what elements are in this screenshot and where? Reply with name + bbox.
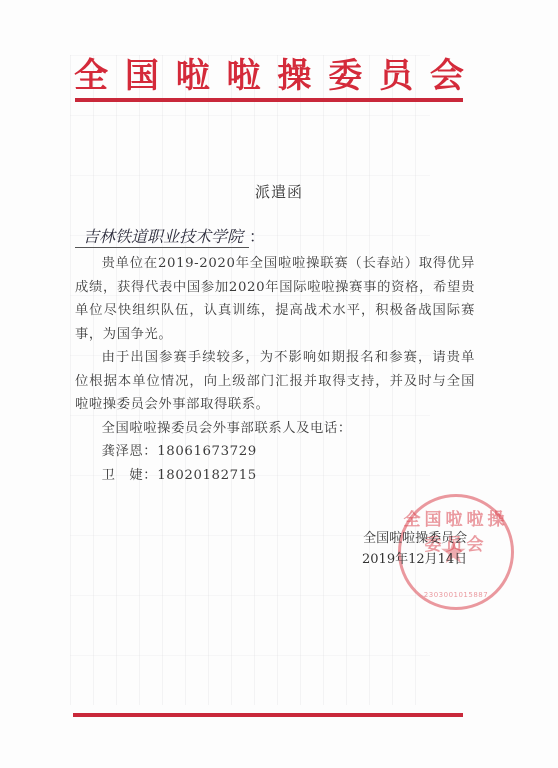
contact-name: 龚泽恩 [102,444,144,459]
footer-rule [73,713,463,717]
letterhead-char: 啦 [227,56,261,96]
paragraph: 贵单位在2019-2020年全国啦啦操联赛（长春站）取得优异成绩，获得代表中国参… [75,252,475,346]
signature-organization: 全国啦啦操委员会 [362,528,467,549]
paragraph: 由于出国参赛手续较多，为不影响如期报名和参赛，请贵单位根据本单位情况，向上级部门… [75,346,475,417]
letterhead-char: 操 [277,56,311,96]
contact-phone: 18020182715 [157,468,257,483]
letter-body: 贵单位在2019-2020年全国啦啦操联赛（长春站）取得优异成绩，获得代表中国参… [75,252,475,487]
contact-row: 龚泽恩：18061673729 [75,440,475,464]
letterhead-title: 全 国 啦 啦 操 委 员 会 [74,56,464,96]
signature-block: 全国啦啦操委员会 2019年12月14日 [362,528,467,570]
letterhead-char: 啦 [176,56,210,96]
contacts-heading: 全国啦啦操委员会外事部联系人及电话： [75,417,475,441]
letterhead-char: 国 [125,56,159,96]
signature-date: 2019年12月14日 [362,549,467,570]
seal-code: 2303001015887 [401,591,511,599]
recipient-colon: ： [249,227,265,246]
contact-row: 卫 婕：18020182715 [75,464,475,488]
letterhead-char: 委 [328,56,362,96]
recipient-line: 吉林铁道职业技术学院： [75,224,265,247]
letterhead-char: 员 [379,56,413,96]
letterhead-char: 会 [430,56,464,96]
contact-phone: 18061673729 [157,444,257,459]
letterhead-rule-top [75,98,463,102]
recipient-handwritten: 吉林铁道职业技术学院 [75,227,249,248]
letterhead-char: 全 [74,56,108,96]
document-title: 派遣函 [0,181,558,202]
contact-name: 卫 婕 [102,468,144,483]
